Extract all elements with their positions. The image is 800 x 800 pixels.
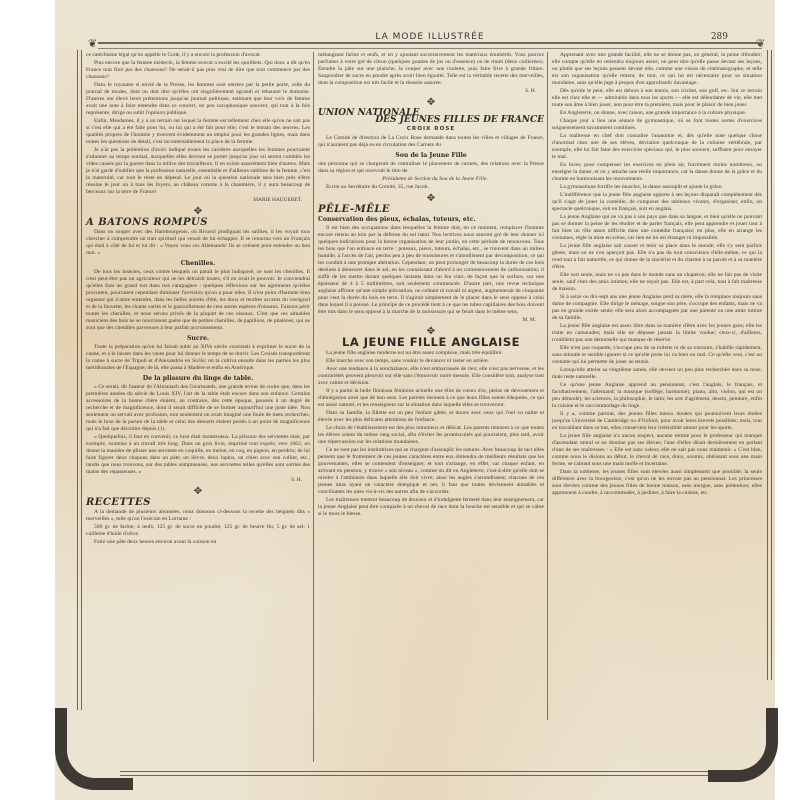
page-number: 289	[711, 32, 728, 42]
paragraph: Lorsqu'elle atteint sa vingtième année, …	[552, 367, 762, 381]
paragraph: En Angleterre, on donne, avec raison, un…	[552, 110, 762, 117]
author-signature: MARIE HAUGERET.	[86, 197, 302, 204]
subtitle-croix-rose: CROIX ROSE	[318, 126, 544, 133]
paragraph: Les maîtresses mettent beaucoup de douce…	[318, 497, 544, 518]
paragraph: Dans le royaume si envié de la Presse, l…	[86, 82, 310, 117]
paragraph: La jeune fille anglaise est assez libre …	[552, 323, 762, 344]
subheading-chenilles: Chenilles.	[86, 260, 310, 267]
author-signature: S. H.	[86, 477, 302, 484]
fleuron-icon: ✥	[86, 488, 310, 495]
author-signature: M. M.	[318, 317, 536, 324]
paragraph: Il y a, comme partout, des jeunes filles…	[552, 411, 762, 432]
paragraph: ce catéchisme légal qu'on appelle le Cod…	[86, 52, 310, 59]
paragraph: Il y a parmi la belle floraison féminine…	[318, 388, 544, 409]
paragraph: La jeune fille anglaise moderne est un ê…	[318, 350, 544, 357]
paragraph: La jeune Anglaise qui ne va pas à son pa…	[552, 214, 762, 242]
paragraph: Elle marche avec son temps, sans vouloir…	[318, 358, 544, 365]
leaf-ornament-icon: ❦	[88, 37, 97, 50]
column-3: Apprenant avec une grande facilité, elle…	[552, 52, 762, 498]
paragraph: « Quelquefois, il faut en convenir, ce l…	[86, 434, 310, 476]
section-title-recettes: RECETTES	[86, 499, 310, 506]
running-title: LA MODE ILLUSTRÉE	[90, 32, 770, 42]
paragraph: Toute la préparation qu'on lui faisait s…	[86, 344, 310, 372]
corner-ornament-bottom-left	[55, 708, 133, 790]
paragraph: Plus encore que la femme médecin, la fem…	[86, 60, 310, 81]
paragraph: Ce ne sont pas les institutrices qui se …	[318, 447, 544, 496]
paragraph: En hiver, pour compenser les exercices e…	[552, 162, 762, 183]
subheading-conservation: Conservation des pieux, échalas, tuteurs…	[318, 216, 544, 223]
paragraph: une personne qui se chargerait de centra…	[318, 161, 544, 175]
paragraph: La jeune fille anglaise sait causer et t…	[552, 243, 762, 271]
column-1: ce catéchisme légal qu'on appelle le Cod…	[86, 52, 310, 547]
paragraph: La maîtresse en chef doit connaître l'an…	[552, 133, 762, 161]
paragraph: Le choix de l'établissement est des plus…	[318, 425, 544, 446]
paragraph: Dans sa famille, la fillette est un peu …	[318, 410, 544, 424]
paragraph: Elle n'est pas coquette, s'occupe peu de…	[552, 345, 762, 366]
paragraph: L'indifférence que la jeune fille anglai…	[552, 192, 762, 213]
paragraph: Il est bien des occupations dans lesquel…	[318, 225, 544, 316]
paragraph: « Ce serait, dit l'auteur de l'Almanach …	[86, 384, 310, 433]
paragraph: Ce qu'une jeune Anglaise apprend au pens…	[552, 382, 762, 410]
fleuron-icon: ✥	[318, 99, 544, 106]
paragraph: 500 gr. de farine; 4 œufs; 125 gr. de su…	[86, 524, 310, 538]
fleuron-icon: ✥	[318, 195, 544, 202]
column-divider	[313, 52, 314, 762]
paragraph: Écrire au Secrétaire du Comité, 35, rue …	[318, 184, 544, 191]
paragraph: Elle sort seule, mais ne va pas dans le …	[552, 272, 762, 293]
paragraph: Le Comité de direction de La Croix Rose …	[318, 135, 544, 149]
section-title-batons-rompus: A BATONS ROMPUS	[86, 219, 310, 226]
paragraph: A la demande de plusieurs abonnées, nous…	[86, 509, 310, 523]
column-divider	[547, 52, 548, 720]
fleuron-icon: ✥	[86, 208, 310, 215]
paragraph: Enfin, Mesdames, il y a un terrain sur l…	[86, 118, 310, 146]
paragraph: Dans un souper avec des Hambourgeois, où…	[86, 229, 310, 257]
page-frame-bottom	[120, 771, 720, 776]
page-frame-left	[77, 50, 82, 710]
paragraph: Présidente de Section du Sou de la Jeune…	[318, 176, 544, 183]
paragraph: Apprenant avec une grande facilité, elle…	[552, 52, 762, 87]
paragraph: mélangeant farine et œufs, et en y ajout…	[318, 52, 544, 87]
paragraph: La gymnastique fortifie les muscles, la …	[552, 184, 762, 191]
header-rule	[98, 42, 762, 49]
paragraph: Faire une pâte deux heures environ avant…	[86, 539, 310, 546]
section-title-union-line2: DES JEUNES FILLES DE FRANCE	[318, 117, 544, 124]
paragraph: Chaque jour a lieu une séance de gymnast…	[552, 118, 762, 132]
section-title-pele-mele: PÊLE-MÊLE	[318, 206, 544, 213]
subheading-plissure: De la plissure du linge de table.	[86, 375, 310, 382]
author-signature: S. H.	[318, 88, 536, 95]
paragraph: La jeune fille anglaise n'a aucun respec…	[552, 433, 762, 468]
paragraph: De tous les insectes, ceux contre lesque…	[86, 269, 310, 332]
paragraph: Si à seize ou dix-sept ans une jeune Ang…	[552, 294, 762, 322]
fleuron-icon: ✥	[318, 328, 544, 335]
column-2: mélangeant farine et œufs, et en y ajout…	[318, 52, 544, 519]
paragraph: Je n'ai pas la prétention d'avoir indiqu…	[86, 147, 310, 196]
paragraph: Dès qu'elle le peut, elle est dehors à s…	[552, 88, 762, 109]
paragraph: Dans la noblesse, les jeunes filles sont…	[552, 469, 762, 497]
page-frame-right	[767, 50, 772, 680]
subheading-sou-jeune-fille: Sou de la Jeune Fille	[318, 152, 544, 159]
article-title-jeune-fille-anglaise: LA JEUNE FILLE ANGLAISE	[318, 339, 544, 346]
subheading-sucre: Sucre.	[86, 335, 310, 342]
paragraph: Avec une tendance à la nonchalance, elle…	[318, 366, 544, 387]
